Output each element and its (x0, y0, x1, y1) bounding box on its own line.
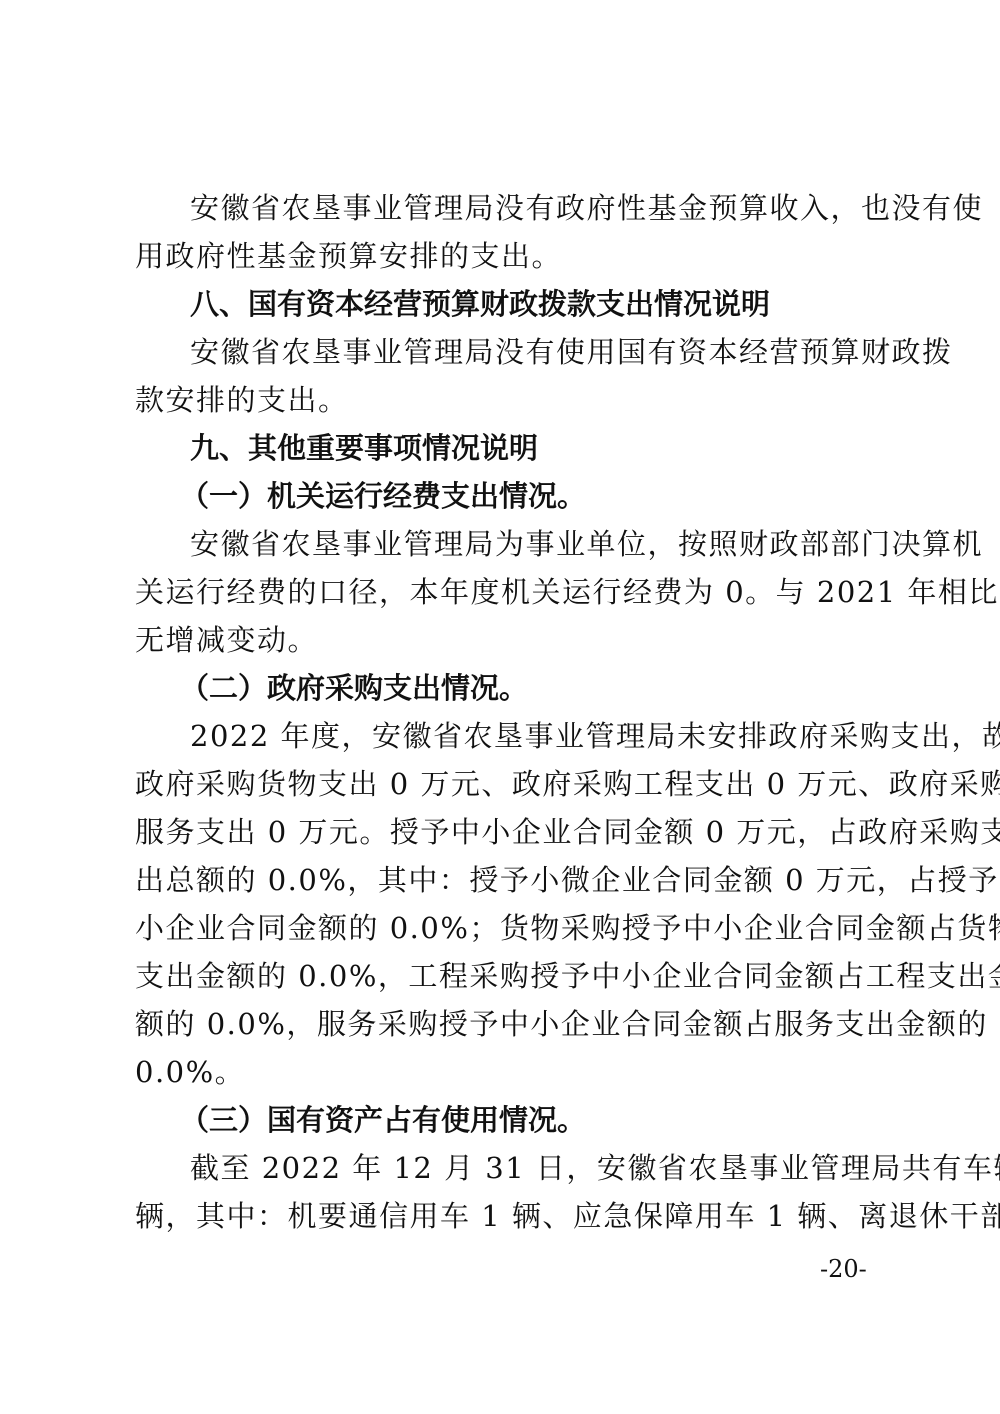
paragraph-line: 0.0%。 (135, 1052, 875, 1092)
paragraph-line: 用政府性基金预算安排的支出。 (135, 236, 875, 276)
paragraph-line: 出总额的 0.0%，其中：授予小微企业合同金额 0 万元，占授予中 (135, 860, 875, 900)
paragraph-line: 无增减变动。 (135, 620, 875, 660)
section-heading-8: 八、国有资本经营预算财政拨款支出情况说明 (190, 284, 875, 324)
paragraph-line: 额的 0.0%，服务采购授予中小企业合同金额占服务支出金额的 (135, 1004, 875, 1044)
paragraph-line: 政府采购货物支出 0 万元、政府采购工程支出 0 万元、政府采购 (135, 764, 875, 804)
paragraph-line: 关运行经费的口径，本年度机关运行经费为 0。与 2021 年相比， (135, 572, 875, 612)
paragraph-line: 安徽省农垦事业管理局没有使用国有资本经营预算财政拨 (190, 332, 875, 372)
paragraph-line: 截至 2022 年 12 月 31 日，安徽省农垦事业管理局共有车辆 3 (190, 1148, 875, 1188)
document-page: 安徽省农垦事业管理局没有政府性基金预算收入，也没有使 用政府性基金预算安排的支出… (0, 0, 1000, 1414)
page-number: -20- (820, 1254, 867, 1284)
paragraph-line: 安徽省农垦事业管理局没有政府性基金预算收入，也没有使 (190, 188, 875, 228)
paragraph-line: 服务支出 0 万元。授予中小企业合同金额 0 万元，占政府采购支 (135, 812, 875, 852)
section-heading-9: 九、其他重要事项情况说明 (190, 428, 875, 468)
paragraph-line: 2022 年度，安徽省农垦事业管理局未安排政府采购支出，故 (190, 716, 875, 756)
paragraph-line: 辆，其中：机要通信用车 1 辆、应急保障用车 1 辆、离退休干部 (135, 1196, 875, 1236)
paragraph-line: 款安排的支出。 (135, 380, 875, 420)
subsection-heading-3: （三）国有资产占有使用情况。 (180, 1100, 920, 1140)
subsection-heading-2: （二）政府采购支出情况。 (180, 668, 920, 708)
paragraph-line: 支出金额的 0.0%，工程采购授予中小企业合同金额占工程支出金 (135, 956, 875, 996)
subsection-heading-1: （一）机关运行经费支出情况。 (180, 476, 920, 516)
paragraph-line: 安徽省农垦事业管理局为事业单位，按照财政部部门决算机 (190, 524, 875, 564)
paragraph-line: 小企业合同金额的 0.0%；货物采购授予中小企业合同金额占货物 (135, 908, 875, 948)
